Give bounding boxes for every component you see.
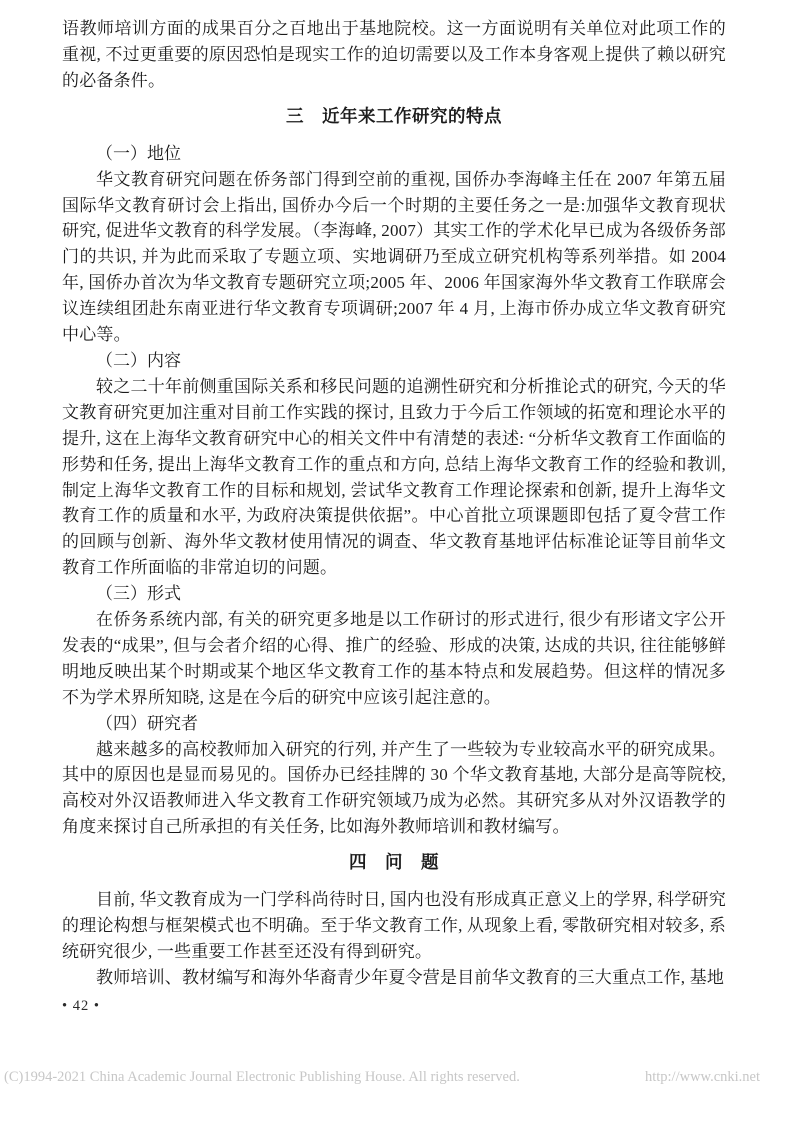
subsection-title-status: （一）地位 bbox=[62, 141, 726, 167]
subsection-title-researchers: （四）研究者 bbox=[62, 711, 726, 737]
article-body: 语教师培训方面的成果百分之百地出于基地院校。这一方面说明有关单位对此项工作的重视… bbox=[62, 16, 726, 1018]
section-heading-four: 四 问 题 bbox=[62, 849, 726, 875]
subsection-title-form: （三）形式 bbox=[62, 581, 726, 607]
footer-url: http://www.cnki.net bbox=[645, 1069, 760, 1086]
footer-copyright: (C)1994-2021 China Academic Journal Elec… bbox=[4, 1069, 520, 1086]
footer-watermark: (C)1994-2021 China Academic Journal Elec… bbox=[4, 1069, 760, 1086]
paragraph-continuation: 语教师培训方面的成果百分之百地出于基地院校。这一方面说明有关单位对此项工作的重视… bbox=[62, 16, 726, 94]
section-heading-three: 三 近年来工作研究的特点 bbox=[62, 103, 726, 129]
subsection-title-content: （二）内容 bbox=[62, 348, 726, 374]
page-number: • 42 • bbox=[62, 994, 726, 1018]
section-four-paragraph-1: 目前, 华文教育成为一门学科尚待时日, 国内也没有形成真正意义上的学界, 科学研… bbox=[62, 887, 726, 965]
journal-page: 语教师培训方面的成果百分之百地出于基地院校。这一方面说明有关单位对此项工作的重视… bbox=[0, 0, 794, 1123]
section-four-paragraph-2: 教师培训、教材编写和海外华裔青少年夏令营是目前华文教育的三大重点工作, 基地 bbox=[62, 965, 726, 991]
subsection-paragraph-status: 华文教育研究问题在侨务部门得到空前的重视, 国侨办李海峰主任在 2007 年第五… bbox=[62, 167, 726, 348]
subsection-paragraph-researchers: 越来越多的高校教师加入研究的行列, 并产生了一些较为专业较高水平的研究成果。其中… bbox=[62, 737, 726, 841]
subsection-paragraph-content: 较之二十年前侧重国际关系和移民问题的追溯性研究和分析推论式的研究, 今天的华文教… bbox=[62, 374, 726, 581]
subsection-paragraph-form: 在侨务系统内部, 有关的研究更多地是以工作研讨的形式进行, 很少有形诸文字公开发… bbox=[62, 607, 726, 711]
